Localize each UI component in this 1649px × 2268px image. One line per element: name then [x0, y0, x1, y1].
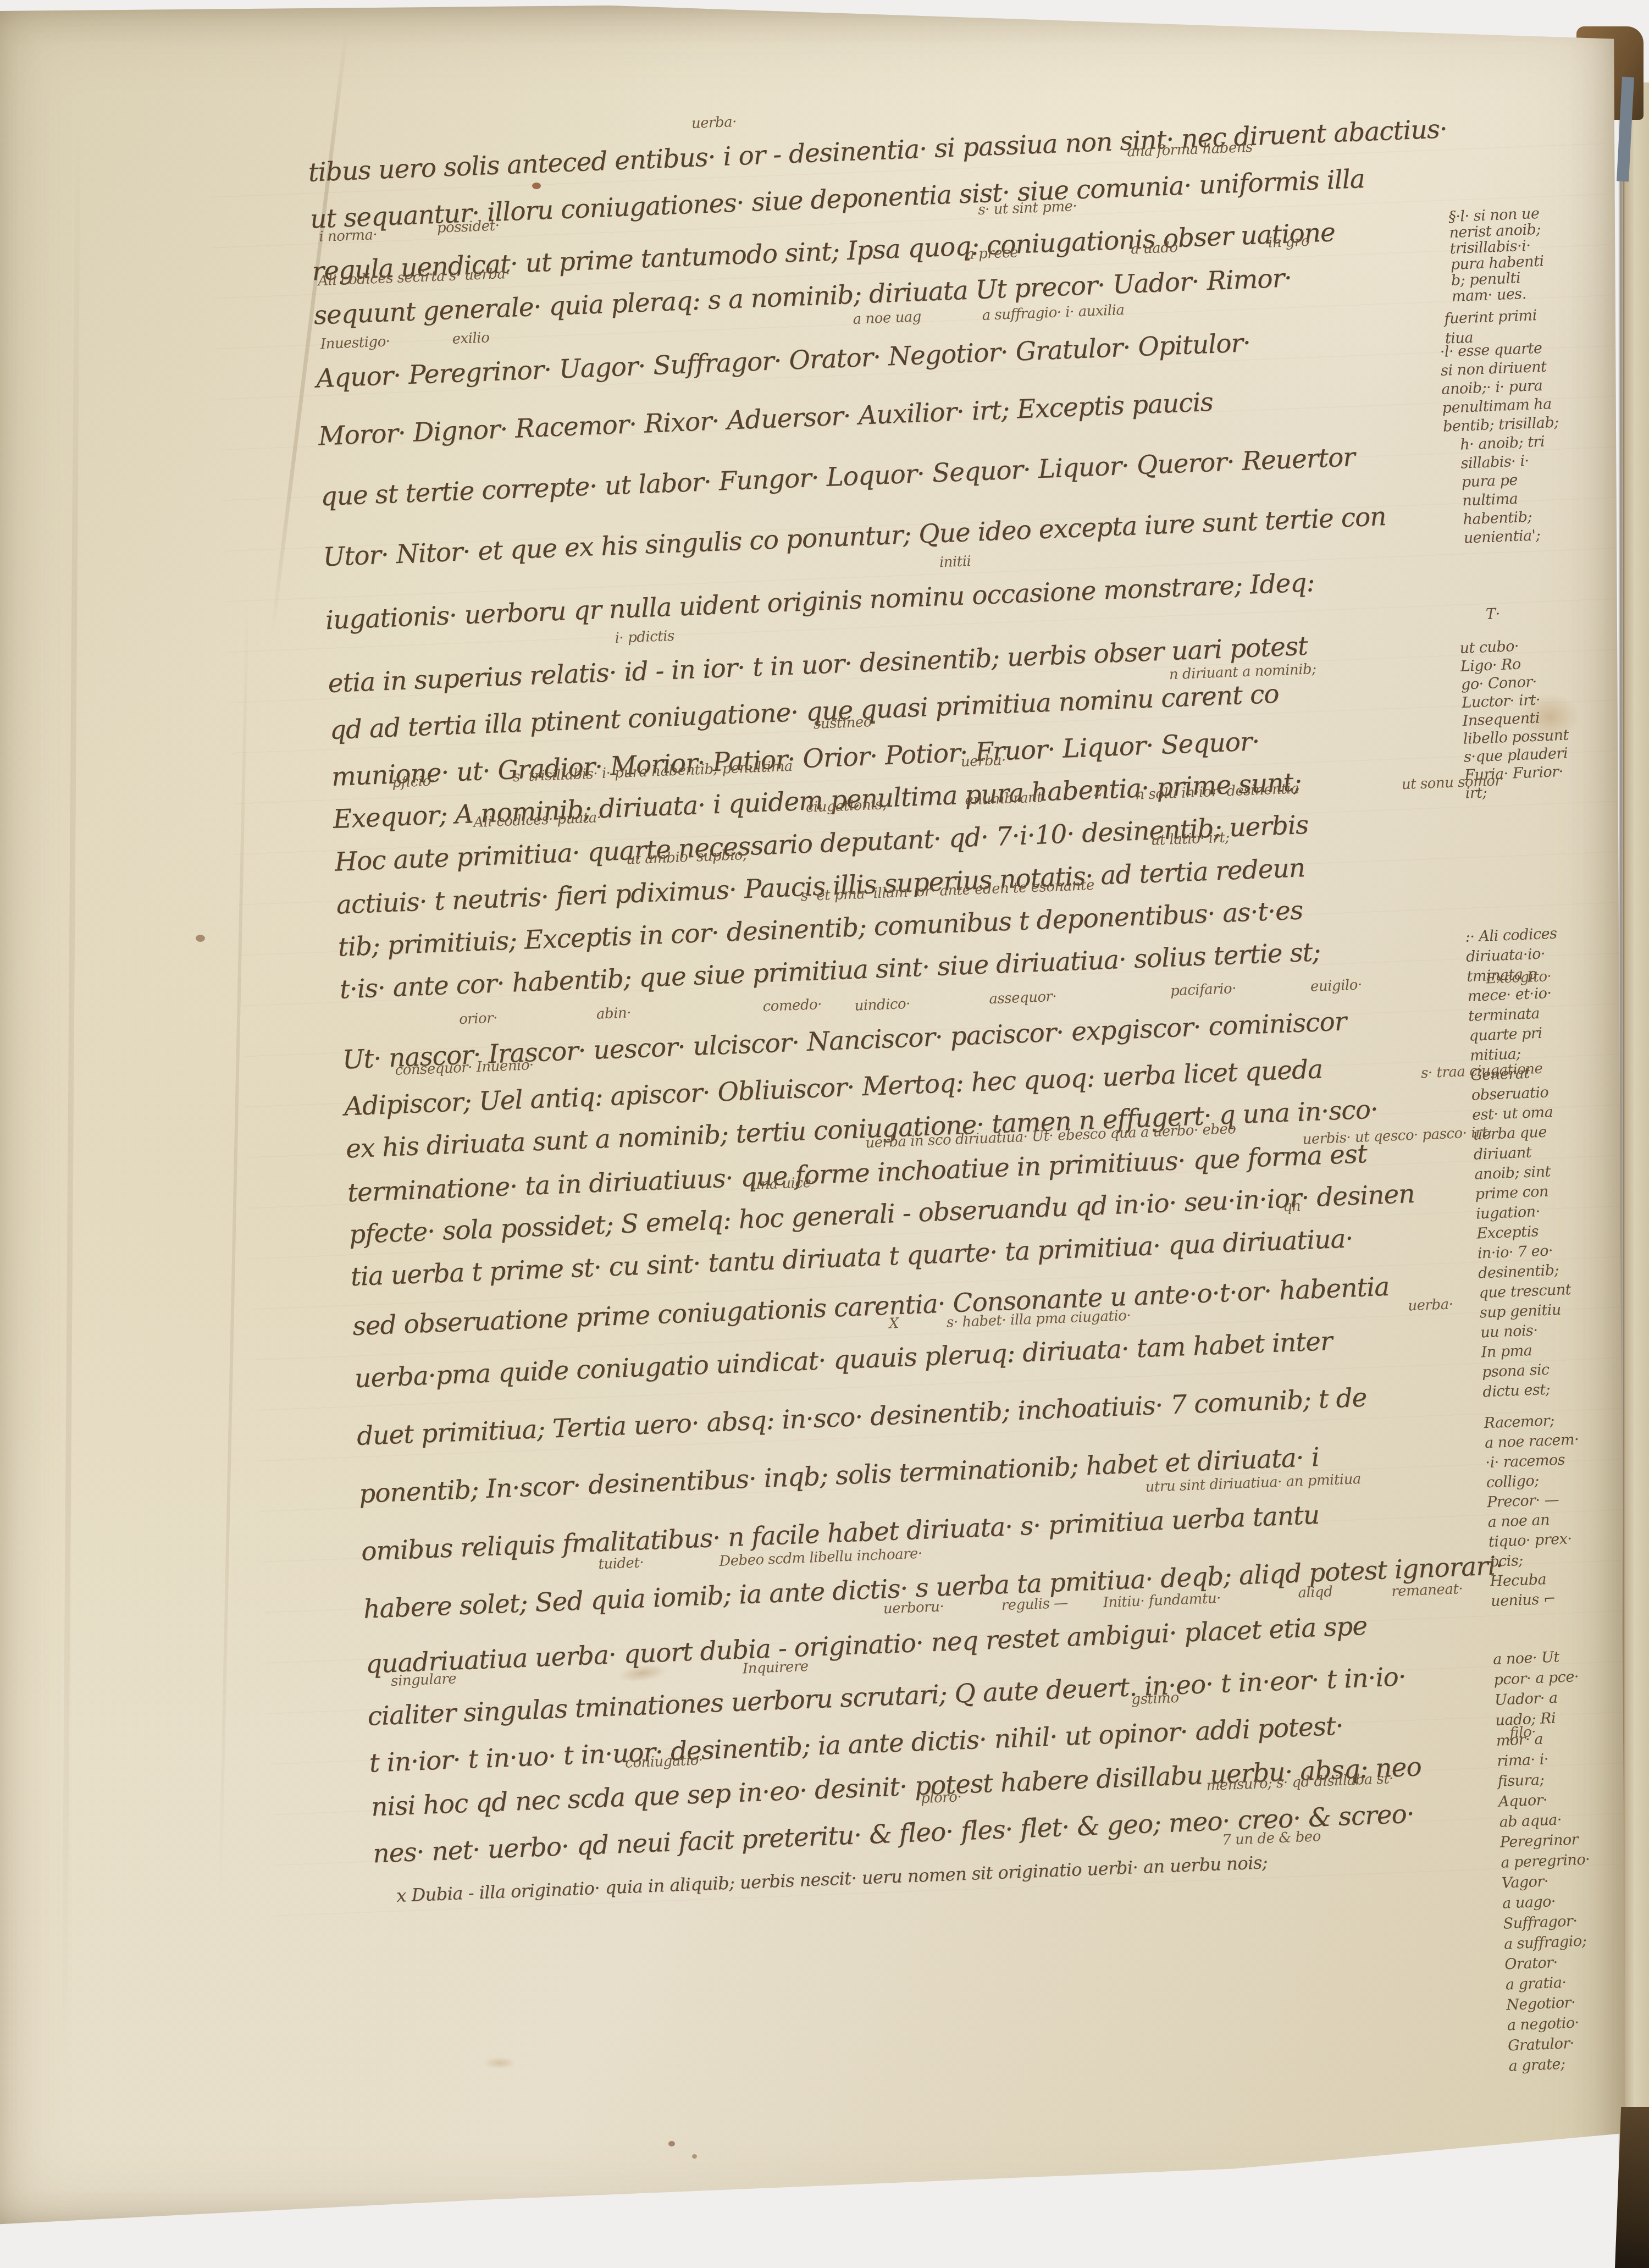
interlinear-gloss-53: aliqd: [1298, 1585, 1333, 1600]
interlinear-gloss-30: orior·: [459, 1011, 498, 1027]
interlinear-gloss-7: a prece: [966, 245, 1019, 262]
margin-gloss-8-5: Precor· —: [1487, 1492, 1559, 1510]
margin-gloss-7-6: quarte pri: [1469, 1026, 1542, 1044]
margin-gloss-7-18: desinentib;: [1478, 1263, 1559, 1281]
interlinear-gloss-50: uerboru·: [883, 1599, 944, 1616]
margin-gloss-5-1: T·: [1486, 606, 1501, 622]
interlinear-gloss-55: singulare: [391, 1671, 457, 1688]
margin-gloss-6-5: Insequenti: [1462, 711, 1540, 729]
margin-gloss-8-6: a noe an: [1487, 1513, 1550, 1530]
interlinear-gloss-22: ciugationis,: [805, 797, 887, 815]
margin-gloss-9-9: ab aqua·: [1499, 1812, 1562, 1829]
margin-gloss-9-17: a gratia·: [1505, 1975, 1567, 1992]
interlinear-gloss-8: a uado: [1131, 240, 1178, 256]
margin-gloss-7-22: In pma: [1481, 1343, 1532, 1360]
margin-gloss-9-5: mor· a: [1496, 1732, 1543, 1748]
interlinear-gloss-52: Initiu· fundamtu·: [1103, 1591, 1221, 1610]
interlinear-gloss-56: Inquirere: [742, 1659, 809, 1676]
interlinear-gloss-18: pficio·: [392, 774, 435, 790]
interlinear-gloss-61: 7 un de & beo: [1222, 1829, 1321, 1847]
interlinear-gloss-44: X: [888, 1316, 899, 1331]
interlinear-gloss-34: assequor·: [989, 990, 1057, 1007]
margin-gloss-8-10: uenius ⌐: [1491, 1592, 1556, 1609]
margin-gloss-9-18: Negotior·: [1506, 1995, 1576, 2013]
margin-gloss-8-1: Racemor;: [1484, 1413, 1554, 1431]
interlinear-gloss-28: ut latio· irt;: [1150, 830, 1230, 847]
margin-gloss-6-7: s·que plauderi: [1464, 746, 1568, 765]
margin-gloss-7-21: uu nois·: [1480, 1323, 1538, 1340]
margin-gloss-7-7: mitiua;: [1470, 1046, 1521, 1063]
margin-gloss-4-5: habentib;: [1463, 510, 1532, 527]
interlinear-gloss-14: initii: [939, 554, 971, 570]
margin-gloss-7-9: obseruatio: [1471, 1085, 1548, 1102]
margin-gloss-7-8: Generat: [1470, 1066, 1530, 1083]
margin-gloss-7-14: prime con: [1475, 1184, 1548, 1202]
interlinear-gloss-51: regulis —: [1001, 1596, 1068, 1613]
parchment-page: tibus uero solis anteced entibus· i or -…: [0, 3, 1627, 2231]
interlinear-gloss-5: s· ut sint pme·: [978, 199, 1077, 217]
margin-gloss-7-2: diriuata·io·: [1466, 946, 1546, 964]
margin-gloss-3-2: si non diriuent: [1441, 360, 1547, 378]
margin-gloss-7-23: psona sic: [1482, 1362, 1550, 1380]
margin-gloss-4-6: uenientia';: [1463, 528, 1540, 545]
margin-gloss-6-4: Luctor· irt·: [1462, 692, 1541, 710]
margin-gloss-8-4: colligo;: [1486, 1474, 1539, 1491]
margin-gloss-7-16: Exceptis: [1476, 1224, 1539, 1241]
margin-gloss-7-13: anoib; sint: [1474, 1164, 1551, 1182]
text-block: tibus uero solis anteced entibus· i or -…: [302, 0, 1649, 2268]
margin-gloss-6-8: Furia· Furior·: [1464, 764, 1563, 783]
margin-gloss-8-7: tiquo· prex·: [1488, 1531, 1572, 1549]
interlinear-gloss-9: in gro: [1268, 234, 1310, 250]
margin-gloss-6-3: go· Conor·: [1461, 675, 1537, 692]
margin-gloss-7-20: sup genitiu: [1480, 1303, 1562, 1321]
interlinear-gloss-10: Inuestigo·: [320, 334, 390, 351]
margin-gloss-7-17: in·io· 7 eo·: [1477, 1243, 1553, 1261]
margin-gloss-6-1: ut cubo·: [1459, 639, 1519, 656]
margin-gloss-9-16: Orator·: [1504, 1955, 1558, 1972]
interlinear-gloss-32: comedo·: [762, 997, 822, 1014]
margin-gloss-6-6: libello possunt: [1463, 728, 1569, 747]
margin-gloss-4-4: nultima: [1462, 492, 1518, 509]
margin-gloss-1-4: pura habenti: [1450, 254, 1544, 273]
margin-gloss-9-10: Peregrinor: [1500, 1832, 1579, 1850]
margin-gloss-9-20: Gratulor·: [1508, 2036, 1575, 2054]
margin-gloss-8-2: a noe racem·: [1485, 1432, 1579, 1451]
margin-gloss-7-3: tminata p: [1467, 967, 1537, 984]
interlinear-gloss-4: possidet·: [436, 219, 499, 235]
margin-gloss-9-21: a grate;: [1508, 2057, 1565, 2074]
interlinear-gloss-33: uindico·: [854, 997, 910, 1013]
margin-gloss-7-5: terminata: [1468, 1006, 1540, 1024]
interlinear-gloss-58: coniugatio·: [625, 1753, 703, 1770]
parchment-crease: [61, 113, 80, 2093]
margin-gloss-7-4: mece· et·io·: [1467, 986, 1552, 1004]
interlinear-gloss-48: tuidet·: [598, 1555, 644, 1571]
interlinear-gloss-59: ploro·: [921, 1790, 962, 1806]
margin-gloss-7-24: dictu est;: [1482, 1382, 1551, 1400]
interlinear-gloss-43: qh: [1283, 1199, 1301, 1214]
margin-gloss-8-9: Hecuba: [1490, 1572, 1546, 1589]
interlinear-gloss-57: gstimo: [1131, 1691, 1179, 1707]
margin-gloss-9-13: a uago·: [1502, 1894, 1556, 1911]
margin-gloss-9-14: Suffragor·: [1503, 1914, 1578, 1932]
interlinear-gloss-36: euigilo·: [1310, 978, 1363, 994]
interlinear-gloss-46: uerba·: [1408, 1297, 1453, 1313]
interlinear-gloss-15: i· pdictis: [615, 629, 674, 645]
margin-gloss-2-1: fuerint primi: [1444, 308, 1537, 326]
margin-gloss-1-6: mam· ues.: [1452, 286, 1527, 304]
interlinear-gloss-20: uerba·: [960, 753, 1006, 769]
interlinear-gloss-12: a noe uag: [853, 310, 921, 327]
interlinear-gloss-31: abin·: [596, 1006, 631, 1021]
interlinear-gloss-35: pacifario·: [1170, 981, 1237, 998]
margin-gloss-7-15: iugation·: [1476, 1204, 1541, 1221]
margin-gloss-6-2: Ligo· Ro: [1460, 657, 1521, 674]
margin-gloss-9-2: pcor· a pce·: [1493, 1669, 1579, 1687]
interlinear-gloss-17: sustineo·: [814, 715, 877, 731]
margin-gloss-9-8: Aquor·: [1498, 1792, 1548, 1809]
next-page-edge: [1623, 82, 1649, 2268]
margin-gloss-9-11: a peregrino·: [1501, 1852, 1590, 1870]
margin-gloss-9-3: Uador· a: [1495, 1691, 1558, 1708]
margin-gloss-9-7: fisura;: [1497, 1773, 1544, 1789]
margin-gloss-6-9: irt;: [1465, 785, 1487, 801]
margin-gloss-7-12: diriuant: [1473, 1145, 1531, 1162]
ink-stain: [196, 935, 205, 942]
interlinear-gloss-1: uerba·: [691, 115, 737, 131]
margin-gloss-3-4: penultimam ha: [1442, 396, 1552, 416]
margin-gloss-3-5: bentib; trisillab;: [1443, 415, 1559, 434]
margin-gloss-9-1: a noe· Ut: [1493, 1649, 1560, 1667]
margin-gloss-9-6: rima· i·: [1497, 1752, 1549, 1769]
interlinear-gloss-3: i norma·: [319, 228, 378, 244]
margin-gloss-4-2: sillabis· i·: [1460, 454, 1529, 471]
margin-gloss-9-12: Vagor·: [1501, 1874, 1548, 1890]
interlinear-gloss-54: remaneat·: [1391, 1582, 1463, 1599]
margin-gloss-8-8: pcis;: [1489, 1553, 1523, 1569]
margin-gloss-8-3: ·i· racemos: [1485, 1453, 1565, 1471]
margin-gloss-3-3: anoib;· i· pura: [1441, 378, 1543, 397]
margin-gloss-7-19: que trescunt: [1479, 1282, 1571, 1300]
margin-gloss-9-4: uado; Ri: [1495, 1711, 1556, 1728]
margin-gloss-7-10: est· ut oma: [1472, 1105, 1553, 1123]
margin-gloss-7-1: :· Ali codices: [1465, 926, 1557, 945]
margin-gloss-9-19: a negotio·: [1507, 2016, 1579, 2033]
interlinear-gloss-24: 2: [1094, 784, 1103, 799]
margin-gloss-4-1: h· anoib; tri: [1460, 434, 1545, 453]
interlinear-gloss-11: exilio: [452, 330, 490, 346]
margin-gloss-7-11: uerba que: [1473, 1125, 1547, 1143]
interlinear-gloss-23: enumbrant: [965, 790, 1043, 807]
margin-gloss-3-1: ·l· esse quarte: [1440, 341, 1542, 360]
margin-gloss-9-15: a suffragio;: [1504, 1934, 1587, 1952]
manuscript-scan: { "document": { "kind": "medieval manusc…: [0, 0, 1649, 2268]
margin-gloss-4-3: pura pe: [1461, 473, 1518, 490]
interlinear-gloss-42: una uice·: [751, 1176, 816, 1192]
